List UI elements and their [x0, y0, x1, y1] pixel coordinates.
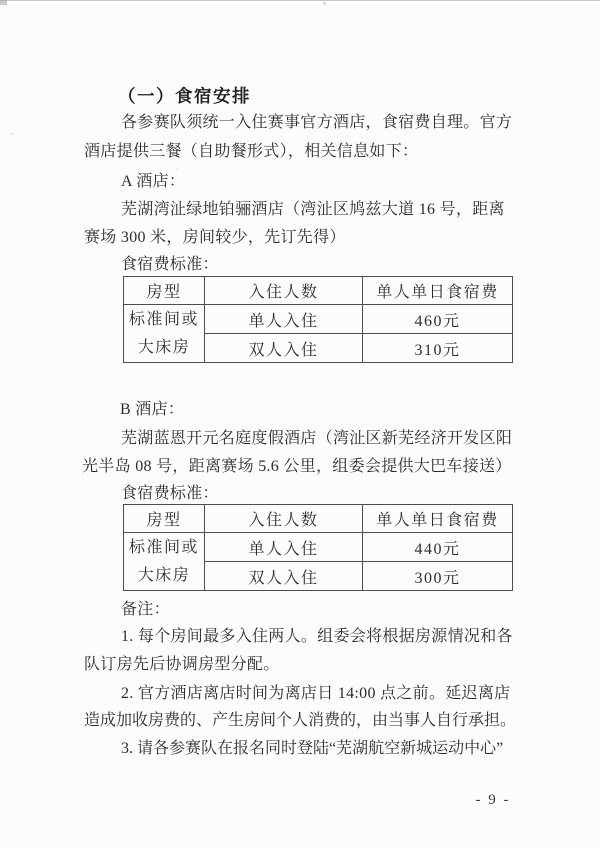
price-cell: 300元	[363, 562, 513, 591]
scan-speck	[323, 2, 326, 5]
header-room-type: 房型	[124, 277, 205, 305]
note-2-line-1: 2. 官方酒店离店时间为离店日 14:00 点之前。延迟离店	[121, 683, 510, 705]
page-number: - 9 -	[458, 792, 528, 809]
price-cell: 460元	[363, 305, 513, 334]
room-type-line-2: 大床房	[124, 334, 204, 362]
note-2-line-2: 造成加收房费的、产生房间个人消费的，由当事人自行承担。	[84, 710, 516, 732]
note-3-line-1: 3. 请各参赛队在报名同时登陆“芜湖航空新城运动中心”	[121, 738, 503, 760]
header-room-type: 房型	[124, 505, 205, 533]
notes-label: 备注：	[121, 599, 170, 621]
hotel-b-desc-line-2: 光半岛 08 号，距离赛场 5.6 公里，组委会提供大巴车接送）	[82, 456, 512, 478]
hotel-b-desc-line-1: 芜湖蓝恩开元名庭度假酒店（湾沚区新芜经济开发区阳	[121, 428, 512, 450]
hotel-b-label: B 酒店：	[120, 399, 184, 421]
table-row: 标准间或 大床房 单人入住 460元	[124, 305, 513, 334]
hotel-a-price-table: 房型 入住人数 单人单日食宿费 标准间或 大床房 单人入住 460元 双人入住 …	[123, 276, 513, 363]
room-type-line-1: 标准间或	[124, 306, 204, 334]
occupancy-cell: 双人入住	[205, 334, 363, 363]
header-price: 单人单日食宿费	[363, 277, 513, 305]
price-cell: 310元	[363, 334, 513, 363]
room-type-line-1: 标准间或	[124, 534, 204, 562]
header-occupancy: 入住人数	[205, 505, 363, 533]
table-header-row: 房型 入住人数 单人单日食宿费	[124, 505, 513, 533]
table-header-row: 房型 入住人数 单人单日食宿费	[124, 277, 513, 305]
room-type-line-2: 大床房	[124, 562, 204, 590]
scan-top-edge-artifact	[0, 0, 600, 1]
price-cell: 440元	[363, 533, 513, 562]
scan-corner-artifact	[0, 0, 7, 5]
room-type-cell: 标准间或 大床房	[124, 533, 205, 591]
note-1-line-2: 队订房先后协调房型分配。	[84, 654, 280, 676]
table-row: 标准间或 大床房 单人入住 440元	[124, 533, 513, 562]
hotel-b-standard-label: 食宿费标准：	[121, 483, 219, 505]
hotel-a-desc-line-2: 赛场 300 米，房间较少，先订先得）	[84, 227, 346, 249]
occupancy-cell: 单人入住	[205, 533, 363, 562]
header-occupancy: 入住人数	[205, 277, 363, 305]
occupancy-cell: 双人入住	[205, 562, 363, 591]
section-heading: （一）食宿安排	[118, 85, 251, 107]
hotel-a-desc-line-1: 芜湖湾沚绿地铂骊酒店（湾沚区鸠兹大道 16 号，距离	[121, 199, 505, 221]
note-1-line-1: 1. 每个房间最多入住两人。组委会将根据房源情况和各	[121, 626, 513, 648]
hotel-a-label: A 酒店：	[121, 171, 185, 193]
scan-speck	[10, 133, 14, 135]
scanned-document-page: { "doc": { "heading": "（一）食宿安排", "intro"…	[0, 0, 600, 848]
intro-line-1: 各参赛队须统一入住赛事官方酒店，食宿费自理。官方	[121, 112, 512, 134]
room-type-cell: 标准间或 大床房	[124, 305, 205, 363]
hotel-a-standard-label: 食宿费标准：	[121, 254, 219, 276]
scan-speck	[175, 168, 178, 170]
intro-line-2: 酒店提供三餐（自助餐形式），相关信息如下：	[84, 141, 418, 163]
occupancy-cell: 单人入住	[205, 305, 363, 334]
hotel-b-price-table: 房型 入住人数 单人单日食宿费 标准间或 大床房 单人入住 440元 双人入住 …	[123, 504, 513, 591]
header-price: 单人单日食宿费	[363, 505, 513, 533]
